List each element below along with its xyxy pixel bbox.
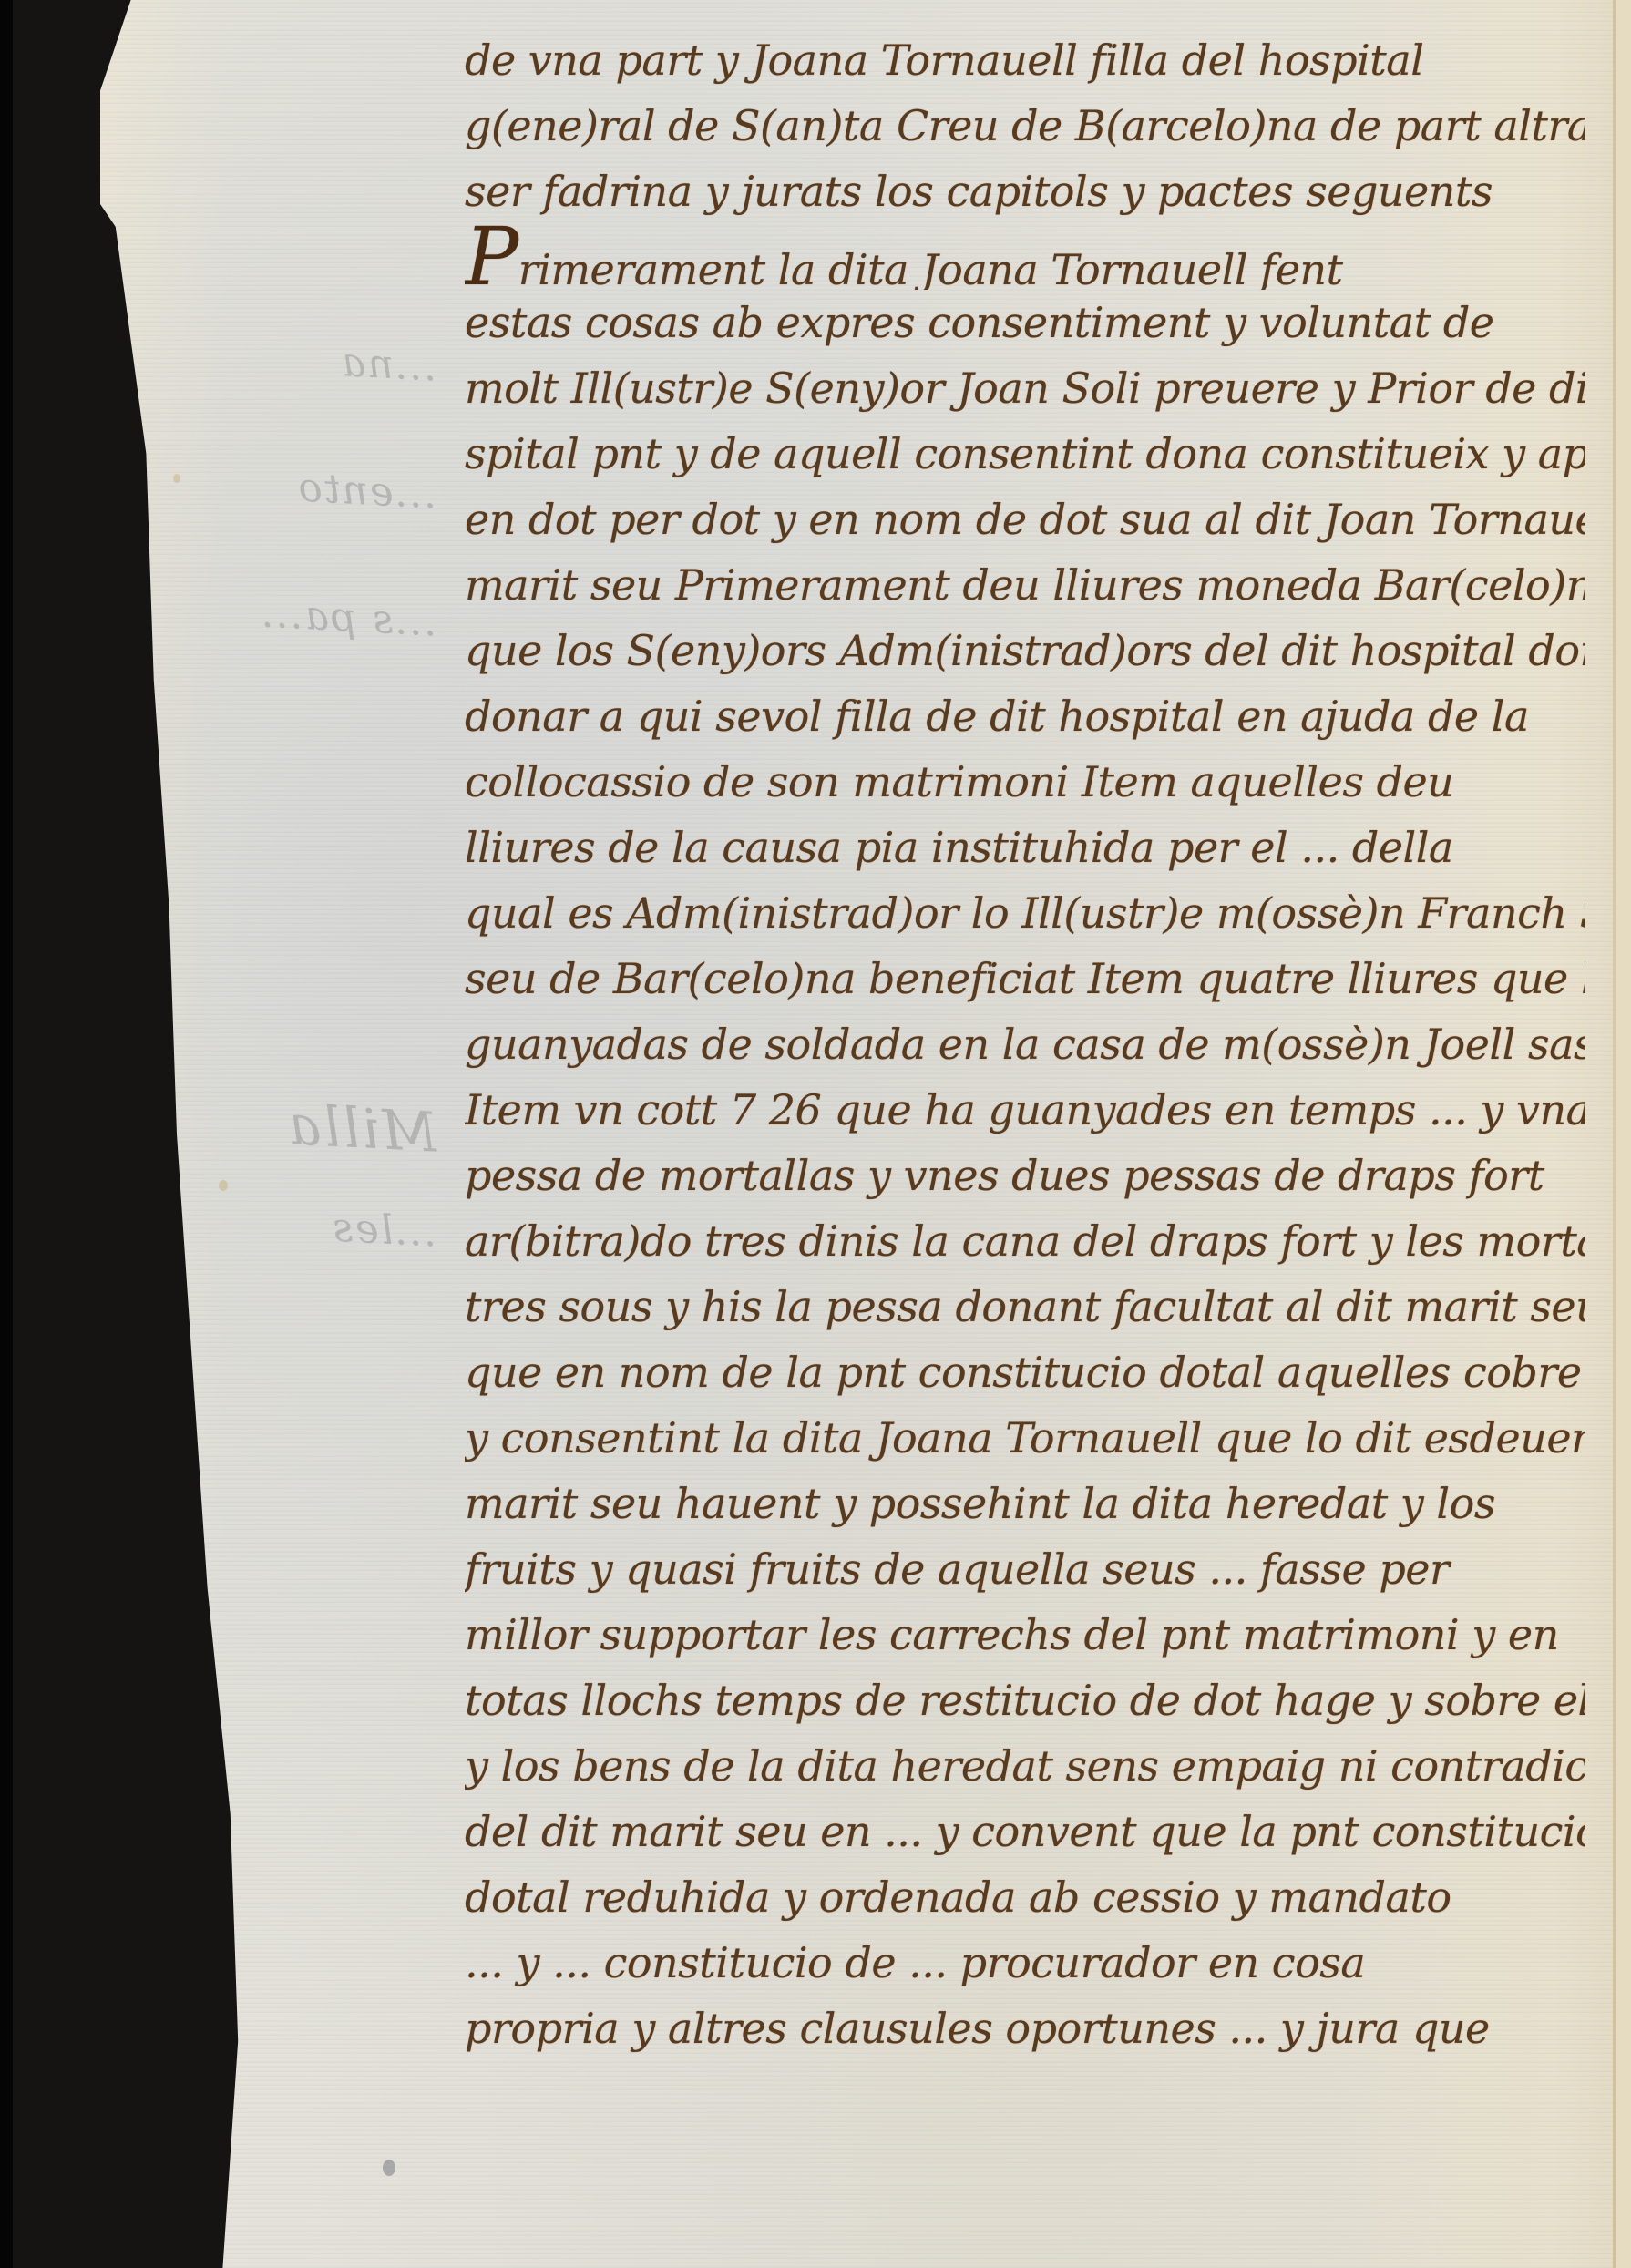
manuscript-line: propria y altres clausules oportunes ...… (465, 1996, 1585, 2061)
binding-gutter (1616, 0, 1631, 2268)
manuscript-line: millor supportar les carrechs del pnt ma… (465, 1602, 1585, 1668)
manuscript-line: molt Ill(ustr)e S(eny)or Joan Soli preue… (465, 355, 1585, 421)
manuscript-line: de vna part y Joana Tornauell filla del … (465, 27, 1585, 93)
manuscript-line: Item vn cott 7 26 que ha guanyades en te… (465, 1077, 1585, 1143)
manuscript-line: spital pnt y de aquell consentint dona c… (465, 421, 1585, 487)
manuscript-line: que en nom de la pnt constitucio dotal a… (465, 1339, 1585, 1405)
manuscript-scan: ...na ...ento ...s pa... Milla ...les de… (0, 0, 1631, 2268)
scanner-backdrop-edge (0, 0, 13, 2268)
manuscript-line: que los S(eny)ors Adm(inistrad)ors del d… (465, 618, 1585, 683)
ink-smudge (383, 2160, 395, 2176)
manuscript-line: g(ene)ral de S(an)ta Creu de B(arcelo)na… (465, 93, 1585, 159)
manuscript-line-paragraph-start: Primerament la dita Joana Tornauell fent (465, 224, 1585, 290)
manuscript-line: en dot per dot y en nom de dot sua al di… (465, 487, 1585, 552)
manuscript-line: totas llochs temps de restitucio de dot … (465, 1668, 1585, 1733)
manuscript-line: marit seu hauent y possehint la dita her… (465, 1471, 1585, 1536)
manuscript-text: de vna part y Joana Tornauell filla del … (465, 27, 1585, 2061)
manuscript-line: donar a qui sevol filla de dit hospital … (465, 683, 1585, 749)
manuscript-line: ar(bitra)do tres dinis la cana del draps… (465, 1208, 1585, 1274)
manuscript-line: ser fadrina y jurats los capitols y pact… (465, 159, 1585, 224)
manuscript-line: collocassio de son matrimoni Item aquell… (465, 749, 1585, 815)
manuscript-line: ... y ... constitucio de ... procurador … (465, 1930, 1585, 1996)
manuscript-line: del dit marit seu en ... y convent que l… (465, 1799, 1585, 1864)
manuscript-line: guanyadas de soldada en la casa de m(oss… (465, 1011, 1585, 1077)
manuscript-line: y los bens de la dita heredat sens empai… (465, 1733, 1585, 1799)
manuscript-line: seu de Bar(celo)na beneficiat Item quatr… (465, 946, 1585, 1011)
manuscript-line: lliures de la causa pia instituhida per … (465, 815, 1585, 880)
manuscript-line: estas cosas ab expres consentiment y vol… (465, 290, 1585, 355)
manuscript-line: y consentint la dita Joana Tornauell que… (465, 1405, 1585, 1471)
manuscript-line: dotal reduhida y ordenada ab cessio y ma… (465, 1864, 1585, 1930)
manuscript-line: tres sous y his la pessa donant facultat… (465, 1274, 1585, 1339)
manuscript-line: marit seu Primerament deu lliures moneda… (465, 552, 1585, 618)
manuscript-line: fruits y quasi fruits de aquella seus ..… (465, 1536, 1585, 1602)
manuscript-line: qual es Adm(inistrad)or lo Ill(ustr)e m(… (465, 880, 1585, 946)
manuscript-line: pessa de mortallas y vnes dues pessas de… (465, 1143, 1585, 1208)
